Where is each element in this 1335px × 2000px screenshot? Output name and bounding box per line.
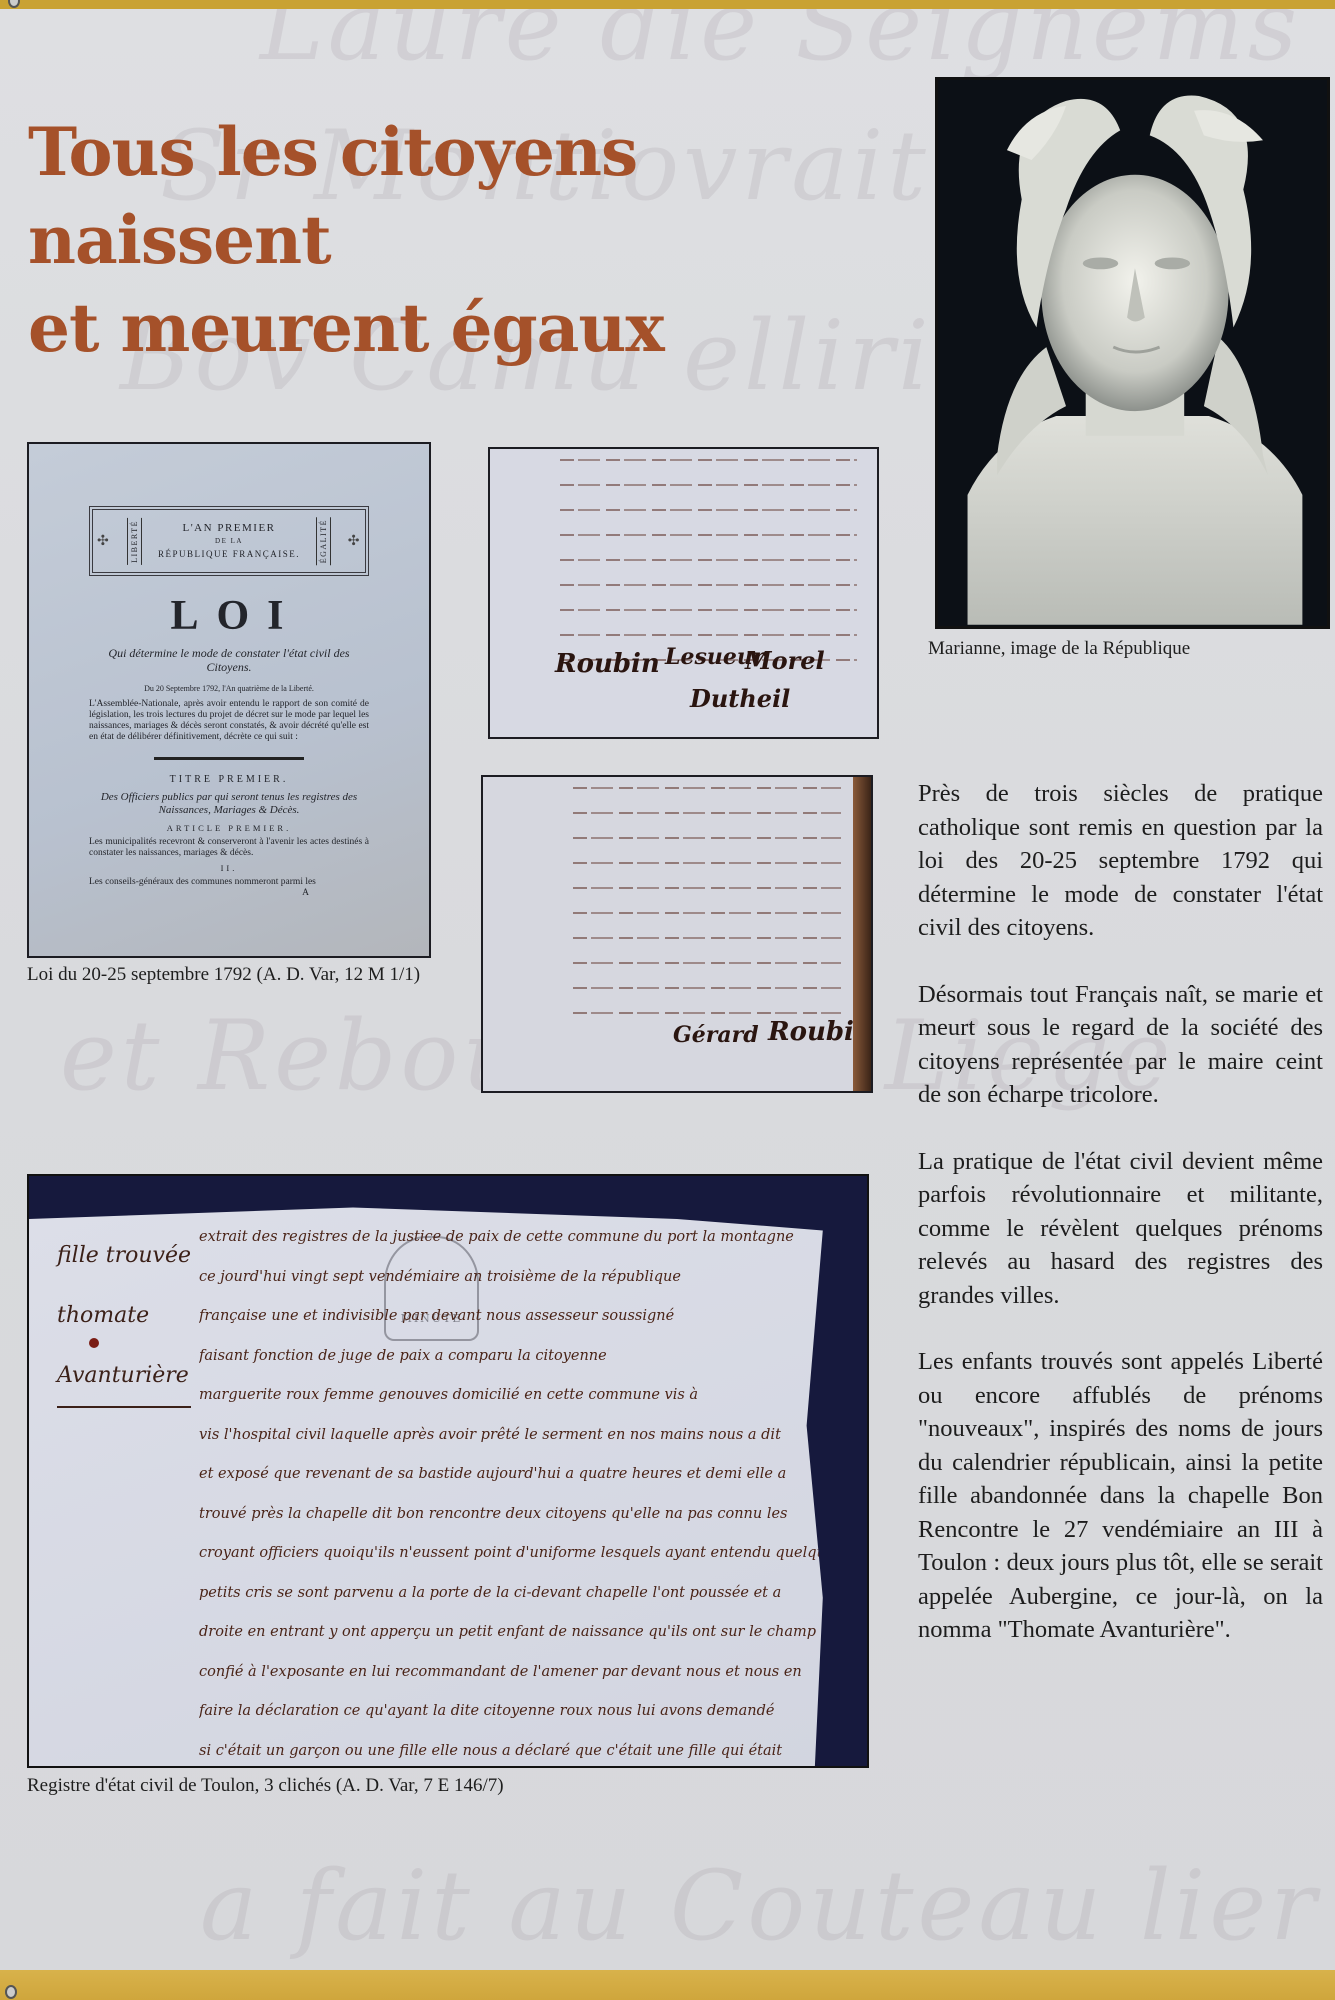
loi-document-photo: ✣ LIBERTÉ L'AN PREMIER DE LA RÉPUBLIQUE …	[27, 442, 431, 958]
loi-banner: ✣ LIBERTÉ L'AN PREMIER DE LA RÉPUBLIQUE …	[89, 506, 369, 576]
banner-egalite: ÉGALITÉ	[316, 517, 331, 565]
register-line: et exposé que revenant de sa bastide auj…	[199, 1455, 819, 1495]
grommet-icon	[5, 1985, 17, 1999]
register-line: française une et indivisible par devant …	[199, 1297, 819, 1337]
loi-preamble: L'Assemblée-Nationale, après avoir enten…	[89, 699, 369, 743]
fleuron-icon: ✣	[348, 533, 361, 550]
register-line: si c'était un garçon ou une fille elle n…	[199, 1732, 819, 1769]
calligraphy-watermark: Laure die Seignems	[260, 0, 1301, 82]
loi-article-2-text: Les conseils-généraux des communes nomme…	[89, 877, 369, 888]
body-text-column: Près de trois siècles de pratique cathol…	[918, 777, 1323, 1680]
register-caption: Registre d'état civil de Toulon, 3 clich…	[27, 1775, 504, 1797]
margin-line: thomate	[57, 1286, 191, 1346]
banner-liberte: LIBERTÉ	[127, 518, 142, 565]
margin-line: Avanturière	[57, 1346, 191, 1408]
loi-article: ARTICLE PREMIER.	[89, 823, 369, 833]
body-paragraph: Désormais tout Français naît, se marie e…	[918, 978, 1323, 1112]
register-text: extrait des registres de la justice de p…	[199, 1218, 819, 1768]
register-excerpt-photo-1: Roubin Lesueur Morel Dutheil	[488, 447, 879, 739]
register-excerpt-photo-2: Gérard Roubin	[481, 775, 873, 1093]
handwriting-lines	[573, 787, 841, 1037]
register-margin-names: fille trouvée thomate Avanturière	[57, 1226, 191, 1408]
loi-article-text: Les municipalités recevront & conservero…	[89, 837, 369, 859]
register-line: droite en entrant y ont apperçu un petit…	[199, 1613, 819, 1653]
loi-rule	[154, 757, 304, 760]
loi-titre: TITRE PREMIER.	[89, 774, 369, 785]
register-line: faisant fonction de juge de paix a compa…	[199, 1337, 819, 1377]
register-line: trouvé près la chapelle dit bon rencontr…	[199, 1495, 819, 1535]
wax-dot	[89, 1338, 99, 1348]
signature: Gérard	[673, 1022, 759, 1048]
register-paper: fille trouvée thomate Avanturière MINUTE…	[29, 1196, 839, 1768]
signature: Roubin	[555, 649, 660, 679]
body-paragraph: La pratique de l'état civil devient même…	[918, 1145, 1323, 1313]
register-line: faire la déclaration ce qu'ayant la dite…	[199, 1692, 819, 1732]
body-paragraph: Les enfants trouvés sont appelés Liberté…	[918, 1345, 1323, 1647]
marianne-caption: Marianne, image de la République	[928, 638, 1190, 660]
loi-signature-mark: A	[89, 888, 369, 899]
panel-title: Tous les citoyens naissent et meurent ég…	[28, 108, 908, 372]
signature: Morel	[745, 646, 825, 675]
book-spine	[853, 777, 871, 1091]
fleuron-icon: ✣	[97, 533, 110, 550]
loi-subtitle: Qui détermine le mode de constater l'éta…	[89, 646, 369, 674]
bottom-color-band	[0, 1970, 1335, 2000]
register-line: confié à l'exposante en lui recommandant…	[199, 1653, 819, 1693]
register-line: croyant officiers quoiqu'ils n'eussent p…	[199, 1534, 819, 1574]
loi-article-2: II.	[89, 863, 369, 873]
top-color-band	[0, 0, 1335, 9]
register-line: ce jourd'hui vingt sept vendémiaire an t…	[199, 1258, 819, 1298]
register-line: marguerite roux femme genouves domicilié…	[199, 1376, 819, 1416]
banner-line-3: RÉPUBLIQUE FRANÇAISE.	[158, 548, 300, 561]
marianne-bust-photo	[935, 77, 1330, 629]
banner-line-2: DE LA	[158, 535, 300, 548]
title-line-1: Tous les citoyens naissent	[28, 113, 637, 279]
register-line: extrait des registres de la justice de p…	[199, 1218, 819, 1258]
title-line-2: et meurent égaux	[28, 284, 908, 372]
calligraphy-watermark: a fait au Couteau lier	[200, 1850, 1320, 1962]
loi-titre-sub: Des Officiers publics par qui seront ten…	[89, 791, 369, 817]
register-line: vis l'hospital civil laquelle après avoi…	[199, 1416, 819, 1456]
loi-heading: LOI	[103, 592, 369, 640]
body-paragraph: Près de trois siècles de pratique cathol…	[918, 777, 1323, 945]
banner-line-1: L'AN PREMIER	[158, 522, 300, 535]
register-line: petits cris se sont parvenu a la porte d…	[199, 1574, 819, 1614]
margin-line: fille trouvée	[57, 1226, 191, 1286]
loi-date: Du 20 Septembre 1792, l'An quatrième de …	[89, 684, 369, 693]
register-main-photo: fille trouvée thomate Avanturière MINUTE…	[27, 1174, 869, 1768]
signature: Dutheil	[690, 684, 790, 713]
loi-caption: Loi du 20-25 septembre 1792 (A. D. Var, …	[27, 964, 420, 986]
marianne-bust-icon	[938, 80, 1327, 626]
